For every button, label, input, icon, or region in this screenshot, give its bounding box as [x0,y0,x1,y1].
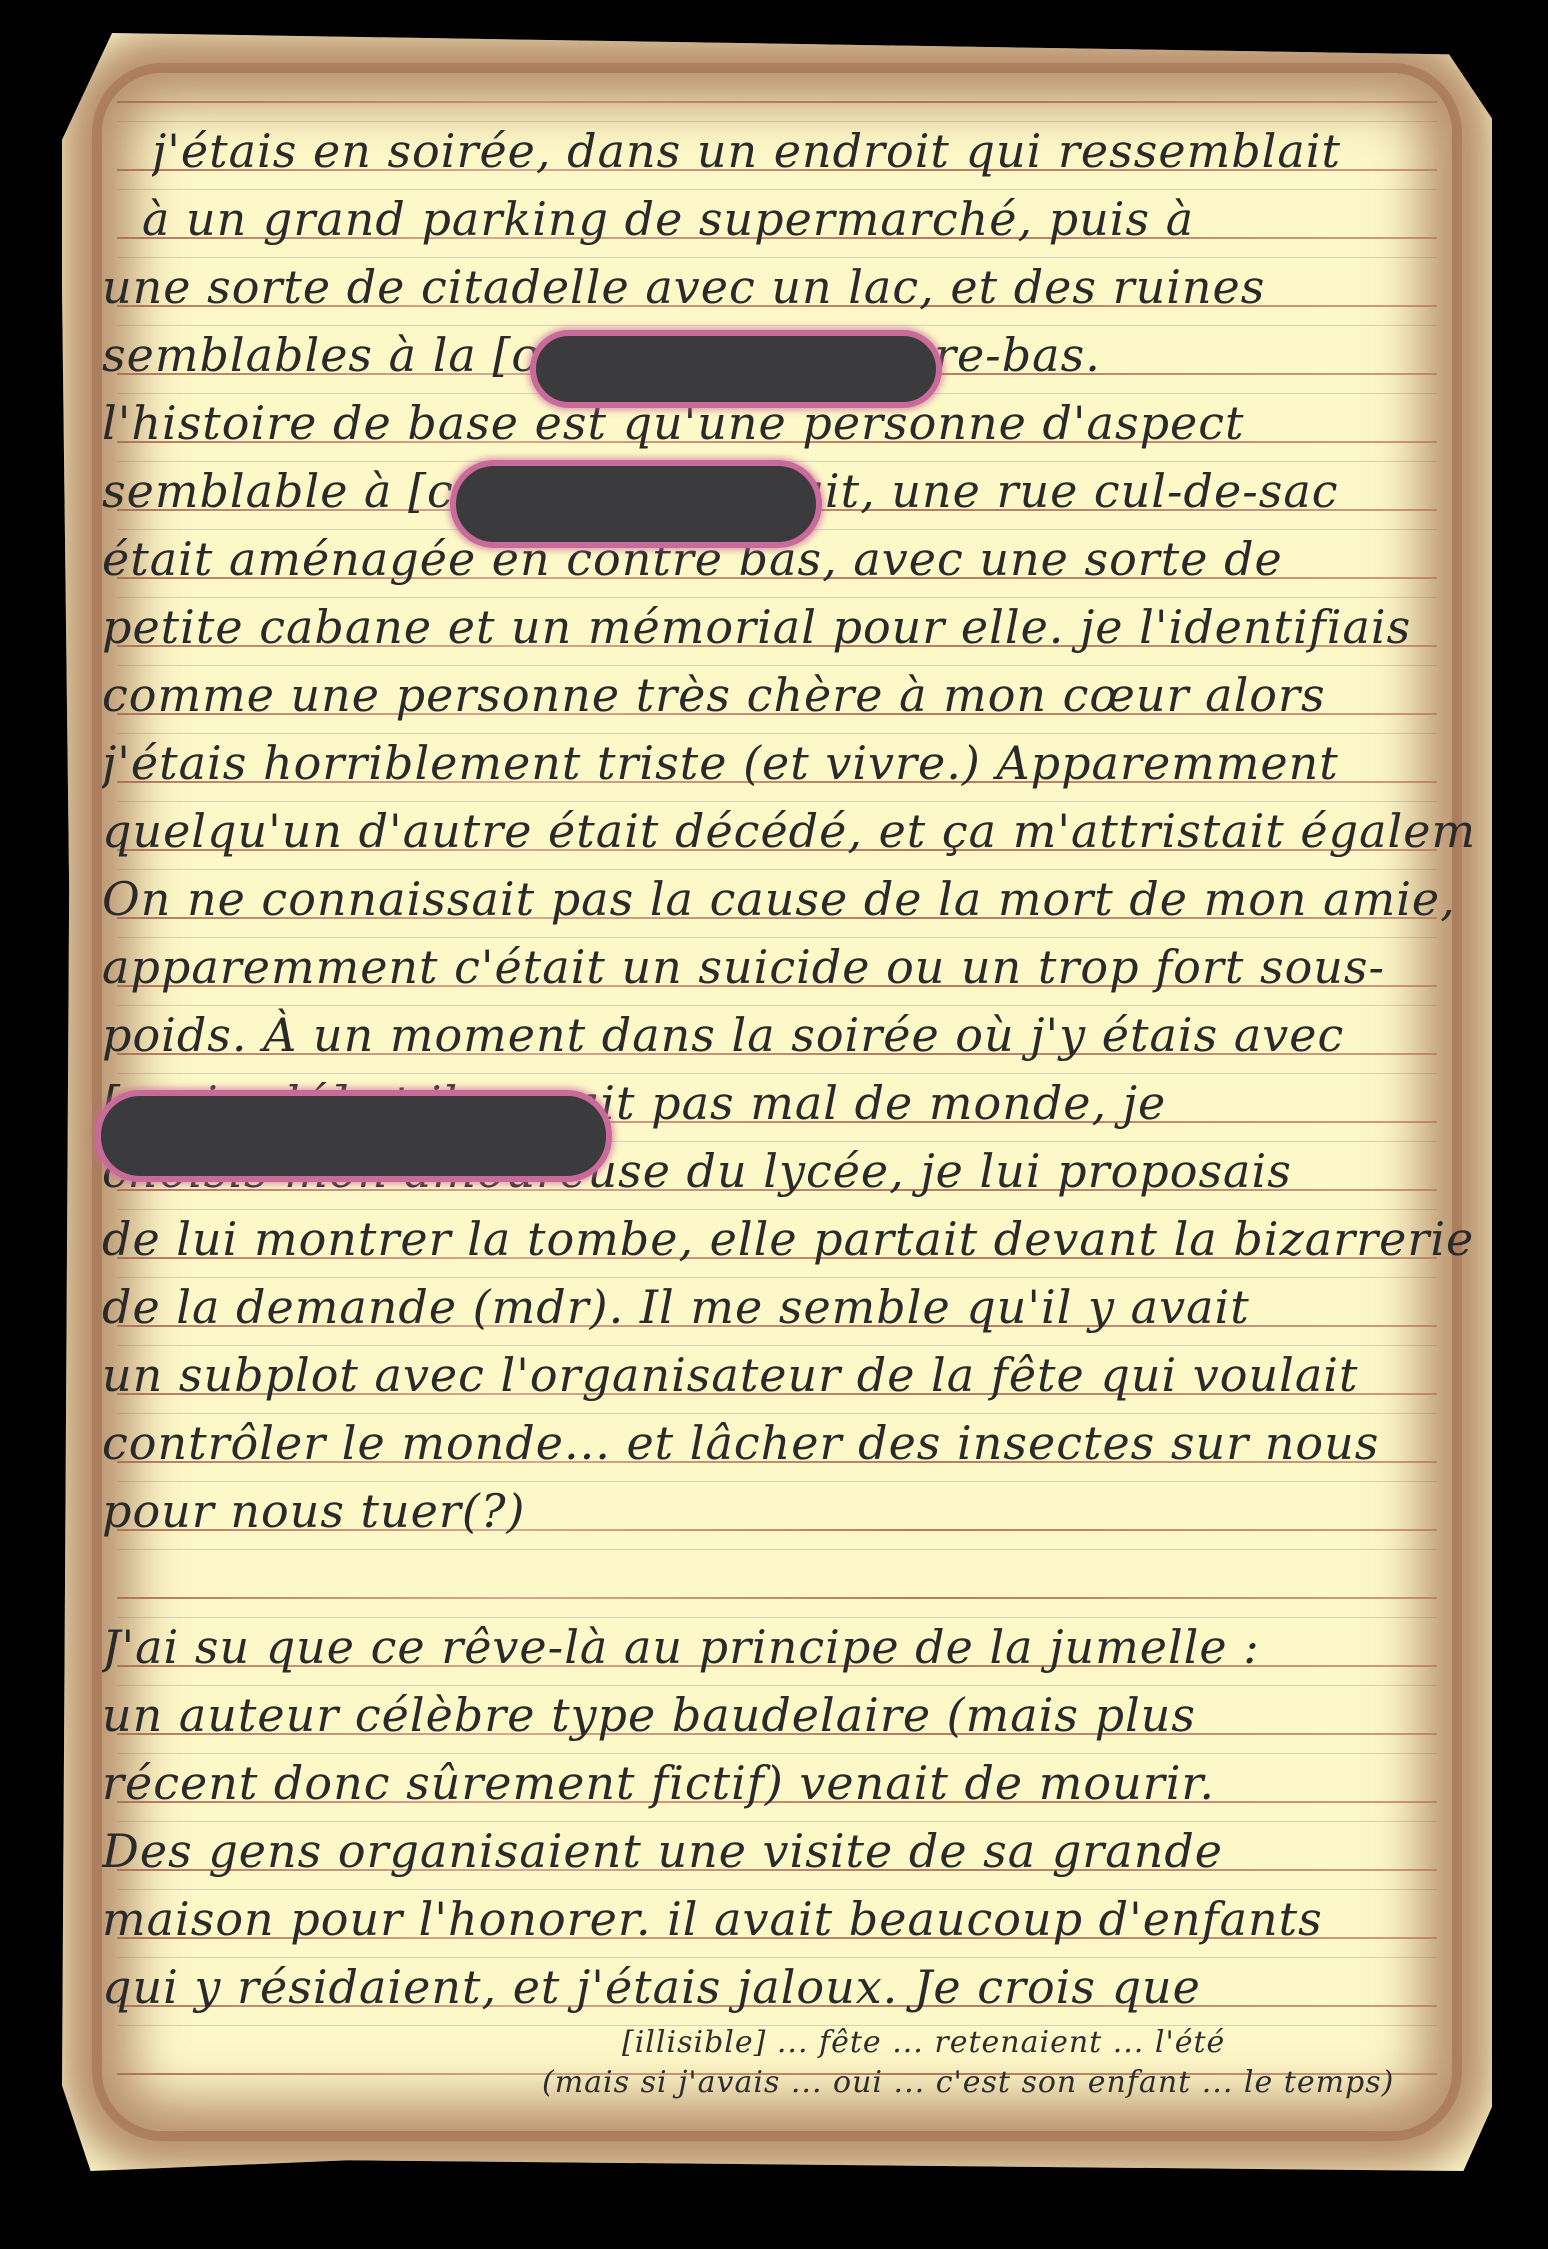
redaction-2 [450,460,822,548]
text-line: j'étais horriblement triste (et vivre.) … [102,733,1472,793]
redaction-3 [95,1090,612,1182]
text-line: récent donc sûrement fictif) venait de m… [102,1753,1472,1813]
text-line: qui y résidaient, et j'étais jaloux. Je … [102,1957,1472,2017]
text-line: J'ai su que ce rêve-là au principe de la… [102,1617,1472,1677]
text-line: pour nous tuer(?) [102,1481,1472,1541]
redaction-1 [530,330,942,408]
text-line: un auteur célèbre type baudelaire (mais … [102,1685,1472,1745]
journal-page: j'étais en soirée, dans un endroit qui r… [62,33,1492,2171]
text-line: de lui montrer la tombe, elle partait de… [102,1209,1472,1269]
text-line: apparemment c'était un suicide ou un tro… [102,937,1472,997]
text-line: à un grand parking de supermarché, puis … [142,189,1492,249]
text-line: maison pour l'honorer. il avait beaucoup… [102,1889,1472,1949]
text-line: quelqu'un d'autre était décédé, et ça m'… [102,801,1472,861]
text-line: On ne connaissait pas la cause de la mor… [102,869,1472,929]
text-line: contrôler le monde... et lâcher des inse… [102,1413,1472,1473]
text-line: petite cabane et un mémorial pour elle. … [102,597,1472,657]
text-line-small: [illisible] ... fête ... retenaient ... … [622,2023,1442,2063]
text-line: comme une personne très chère à mon cœur… [102,665,1472,725]
text-line: j'étais en soirée, dans un endroit qui r… [152,121,1492,181]
footer-line: (mais si j'avais ... oui ... c'est son e… [542,2063,1442,2103]
text-line: une sorte de citadelle avec un lac, et d… [102,257,1472,317]
text-line: un subplot avec l'organisateur de la fêt… [102,1345,1472,1405]
text-line: de la demande (mdr). Il me semble qu'il … [102,1277,1472,1337]
text-line: poids. À un moment dans la soirée où j'y… [102,1005,1472,1065]
text-line: Des gens organisaient une visite de sa g… [102,1821,1472,1881]
